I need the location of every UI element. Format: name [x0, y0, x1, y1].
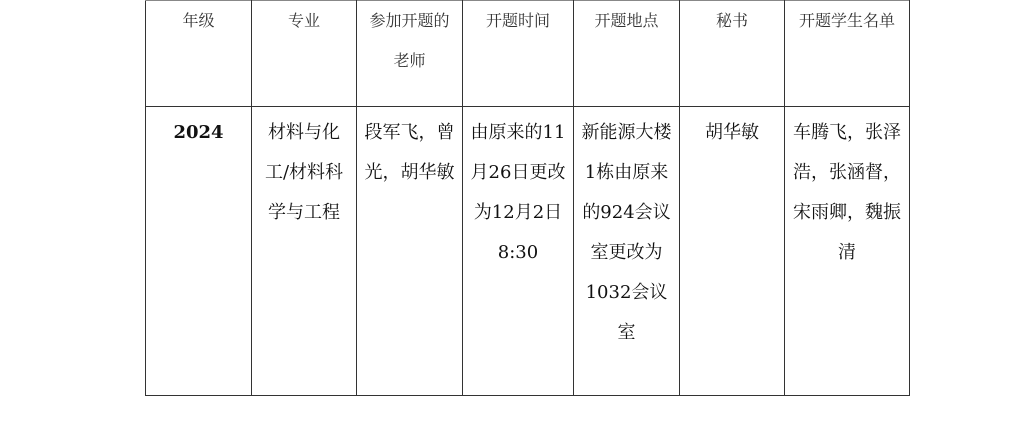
cell-location: 新能源大楼1栋由原来的924会议室更改为1032会议室	[574, 107, 680, 396]
header-teachers: 参加开题的老师	[357, 1, 463, 107]
table-header-row: 年级 专业 参加开题的老师 开题时间 开题地点 秘书 开题学生名单	[146, 1, 910, 107]
header-major: 专业	[252, 1, 357, 107]
cell-major: 材料与化工/材料科学与工程	[252, 107, 357, 396]
cell-teachers: 段军飞，曾光，胡华敏	[357, 107, 463, 396]
header-time: 开题时间	[463, 1, 574, 107]
header-location: 开题地点	[574, 1, 680, 107]
cell-secretary: 胡华敏	[680, 107, 785, 396]
table-row: 2024 材料与化工/材料科学与工程 段军飞，曾光，胡华敏 由原来的11月26日…	[146, 107, 910, 396]
header-grade: 年级	[146, 1, 252, 107]
header-secretary: 秘书	[680, 1, 785, 107]
header-students: 开题学生名单	[785, 1, 910, 107]
cell-time: 由原来的11月26日更改为12月2日8:30	[463, 107, 574, 396]
defense-schedule-table: 年级 专业 参加开题的老师 开题时间 开题地点 秘书 开题学生名单 2024 材…	[145, 0, 910, 396]
cell-grade: 2024	[146, 107, 252, 396]
cell-students: 车腾飞，张泽浩，张涵督，宋雨卿，魏振清	[785, 107, 910, 396]
